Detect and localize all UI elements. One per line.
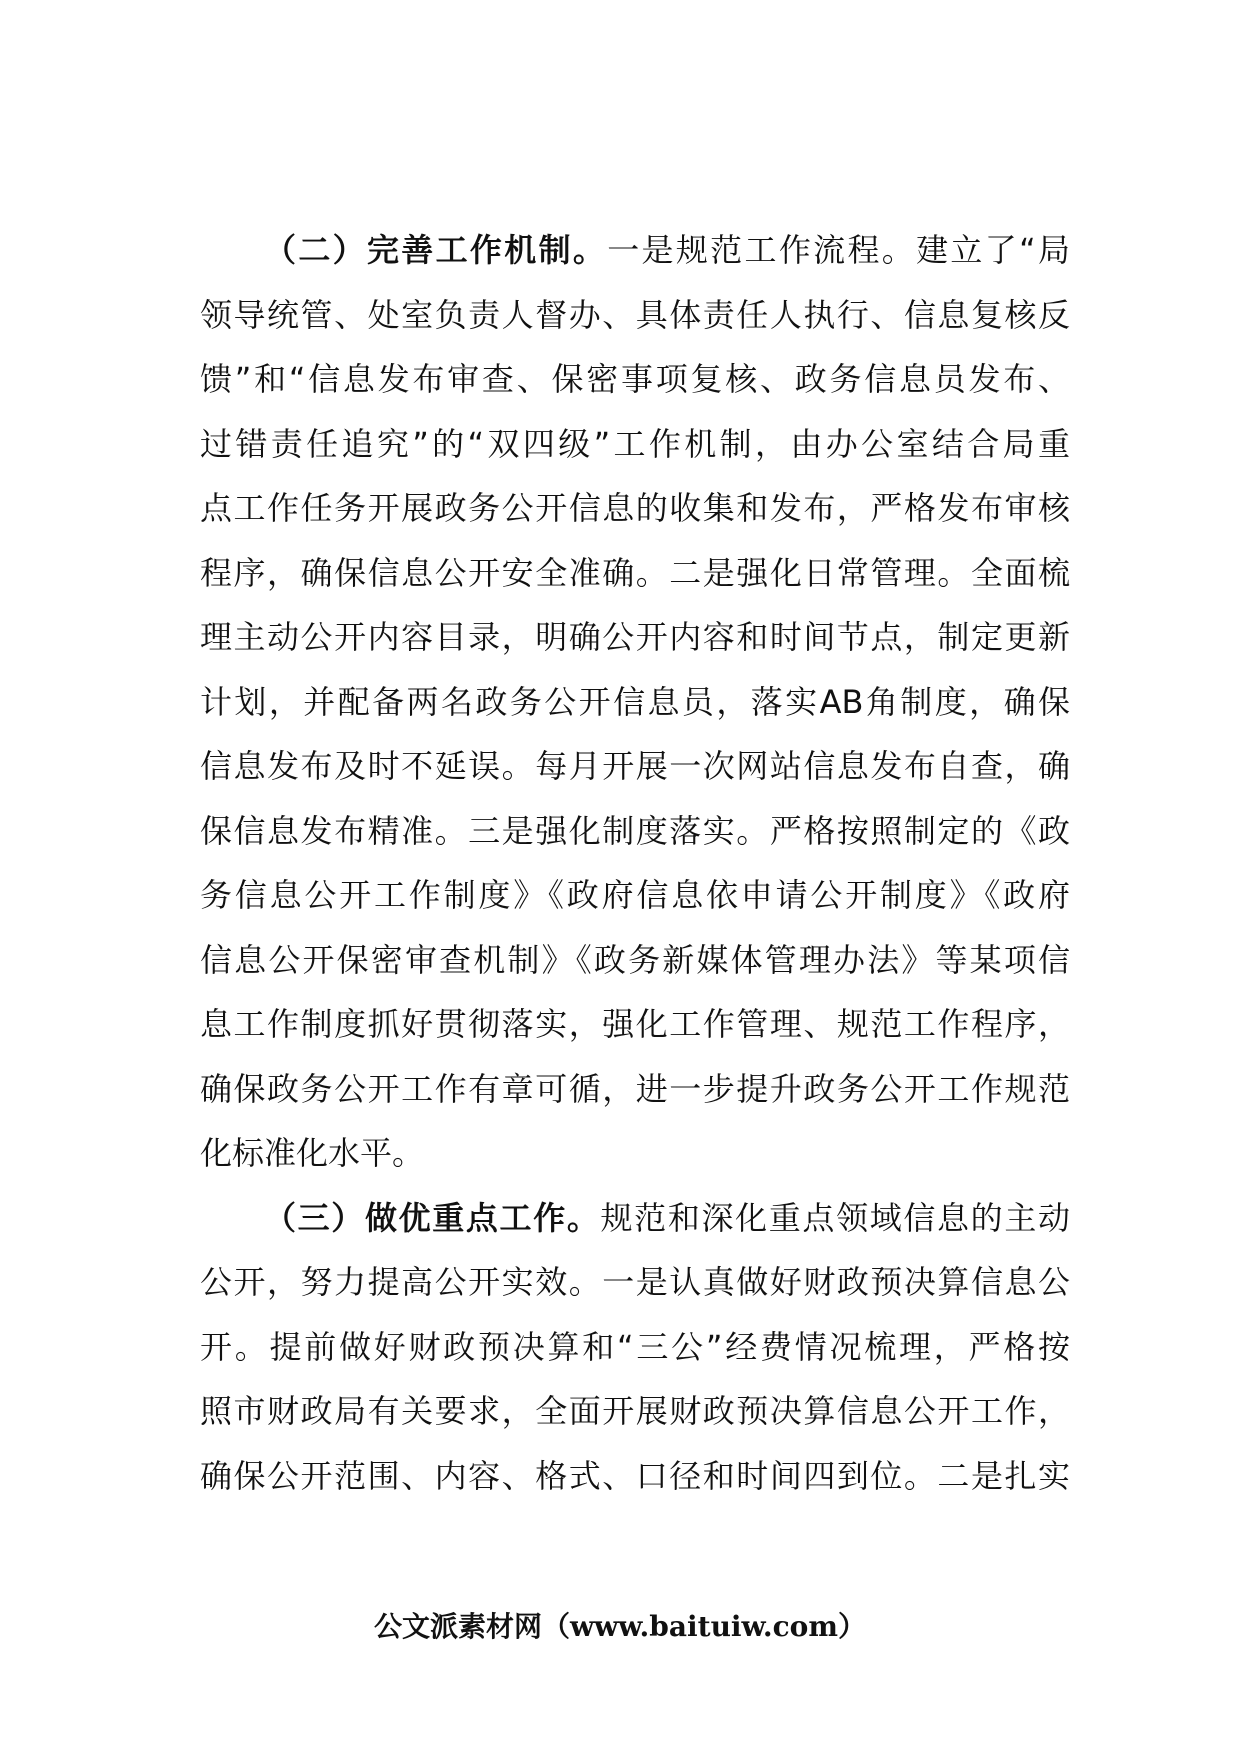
document-body: （二）完善工作机制。一是规范工作流程。建立了“局 领导统管、处室负责人督办、具体… xyxy=(200,218,1070,1508)
text-line: 计划，并配备两名政务公开信息员，落实AB角制度，确保 xyxy=(200,670,1070,735)
paragraph-section3-first-line: （三）做优重点工作。规范和深化重点领域信息的主动 xyxy=(200,1186,1070,1251)
text-line: 点工作任务开展政务公开信息的收集和发布，严格发布审核 xyxy=(200,476,1070,541)
text-line: 化标准化水平。 xyxy=(200,1121,1070,1186)
text-line: 息工作制度抓好贯彻落实，强化工作管理、规范工作程序， xyxy=(200,992,1070,1057)
section-heading-2: （二）完善工作机制。 xyxy=(264,231,607,269)
text-line: 公开，努力提高公开实效。一是认真做好财政预决算信息公 xyxy=(200,1250,1070,1315)
text-line: 务信息公开工作制度》《政府信息依申请公开制度》《政府 xyxy=(200,863,1070,928)
text-line: 开。提前做好财政预决算和“三公”经费情况梳理，严格按 xyxy=(200,1315,1070,1380)
text-line: 确保政务公开工作有章可循，进一步提升政务公开工作规范 xyxy=(200,1057,1070,1122)
text-line: 信息公开保密审查机制》《政务新媒体管理办法》等某项信 xyxy=(200,928,1070,993)
text-line: 领导统管、处室负责人督办、具体责任人执行、信息复核反 xyxy=(200,283,1070,348)
text-line: 信息发布及时不延误。每月开展一次网站信息发布自查，确 xyxy=(200,734,1070,799)
text-line: 程序，确保信息公开安全准确。二是强化日常管理。全面梳 xyxy=(200,541,1070,606)
text-line: 馈”和“信息发布审查、保密事项复核、政务信息员发布、 xyxy=(200,347,1070,412)
text-line: 一是规范工作流程。建立了“局 xyxy=(607,231,1070,269)
text-line: 照市财政局有关要求，全面开展财政预决算信息公开工作， xyxy=(200,1379,1070,1444)
section-heading-3: （三）做优重点工作。 xyxy=(264,1199,601,1237)
text-line: 保信息发布精准。三是强化制度落实。严格按照制定的《政 xyxy=(200,799,1070,864)
paragraph-section2-first-line: （二）完善工作机制。一是规范工作流程。建立了“局 xyxy=(200,218,1070,283)
text-line: 规范和深化重点领域信息的主动 xyxy=(601,1199,1070,1237)
text-line: 确保公开范围、内容、格式、口径和时间四到位。二是扎实 xyxy=(200,1444,1070,1509)
text-line: 理主动公开内容目录，明确公开内容和时间节点，制定更新 xyxy=(200,605,1070,670)
document-page: （二）完善工作机制。一是规范工作流程。建立了“局 领导统管、处室负责人督办、具体… xyxy=(0,0,1240,1754)
text-line: 过错责任追究”的“双四级”工作机制，由办公室结合局重 xyxy=(200,412,1070,477)
footer-watermark: 公文派素材网（www.baituiw.com） xyxy=(0,1605,1240,1645)
